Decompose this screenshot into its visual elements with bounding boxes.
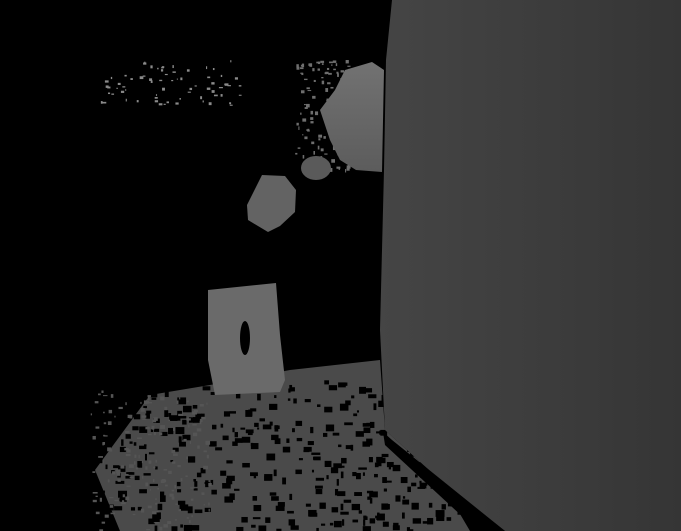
round-object [301, 156, 331, 180]
panel-hole [240, 321, 250, 355]
near-wall-region [380, 0, 681, 531]
depth-map-image [0, 0, 681, 531]
